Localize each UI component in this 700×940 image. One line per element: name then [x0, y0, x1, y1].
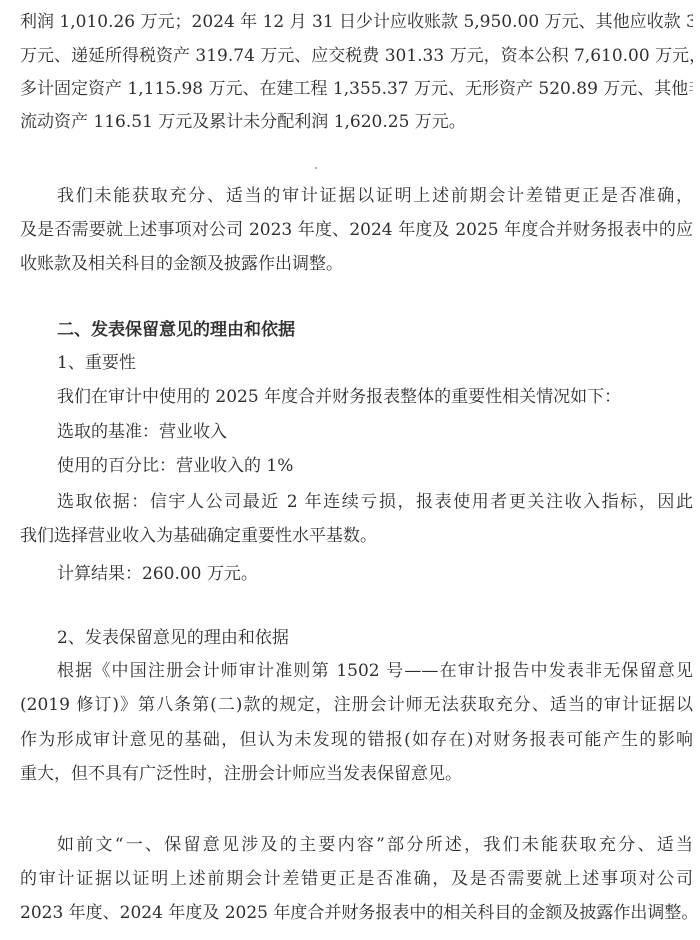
paragraph-line: 我们未能获取充分、适当的审计证据以证明上述前期会计差错更正是否准确， — [57, 183, 693, 209]
paragraph-line: 万元、递延所得税资产 319.74 万元、应交税费 301.33 万元，资本公积… — [20, 43, 693, 69]
paragraph-line: 如前文“一、保留意见涉及的主要内容”部分所述，我们未能获取充分、适当 — [57, 832, 693, 858]
subheading-qualified-basis: 2、发表保留意见的理由和依据 — [57, 625, 693, 651]
paragraph-line: 的审计证据以证明上述前期会计差错更正是否准确，及是否需要就上述事项对公司 — [20, 866, 693, 892]
materiality-basis-line: 选取依据：信宇人公司最近 2 年连续亏损，报表使用者更关注收入指标，因此 — [57, 489, 693, 515]
paragraph-line: 及是否需要就上述事项对公司 2023 年度、2024 年度及 2025 年度合并… — [20, 217, 693, 243]
materiality-benchmark: 选取的基准：营业收入 — [57, 419, 693, 445]
scan-speck — [315, 167, 317, 169]
paragraph-line: 多计固定资产 1,115.98 万元、在建工程 1,355.37 万元、无形资产… — [20, 76, 693, 102]
paragraph-line: (2019 修订)》第八条第(二)款的规定，注册会计师无法获取充分、适当的审计证… — [20, 692, 693, 718]
paragraph-line: 2023 年度、2024 年度及 2025 年度合并财务报表中的相关科目的金额及… — [20, 900, 693, 926]
materiality-intro: 我们在审计中使用的 2025 年度合并财务报表整体的重要性相关情况如下： — [57, 384, 693, 410]
paragraph-line: 重大，但不具有广泛性时，注册会计师应当发表保留意见。 — [20, 761, 693, 787]
paragraph-line: 流动资产 116.51 万元及累计未分配利润 1,620.25 万元。 — [20, 109, 693, 135]
section-heading: 二、发表保留意见的理由和依据 — [57, 317, 693, 343]
subheading-materiality: 1、重要性 — [57, 350, 693, 376]
paragraph-line: 作为形成审计意见的基础，但认为未发现的错报(如存在)对财务报表可能产生的影响 — [20, 727, 693, 753]
materiality-result: 计算结果：260.00 万元。 — [57, 561, 693, 587]
paragraph-line: 收账款及相关科目的金额及披露作出调整。 — [20, 251, 693, 277]
materiality-percentage: 使用的百分比：营业收入的 1% — [57, 453, 693, 479]
materiality-basis-line: 我们选择营业收入为基础确定重要性水平基数。 — [20, 523, 693, 549]
paragraph-line: 利润 1,010.26 万元；2024 年 12 月 31 日少计应收账款 5,… — [20, 9, 693, 35]
document-page: 利润 1,010.26 万元；2024 年 12 月 31 日少计应收账款 5,… — [0, 0, 700, 940]
paragraph-line: 根据《中国注册会计师审计准则第 1502 号——在审计报告中发表非无保留意见 — [57, 658, 693, 684]
